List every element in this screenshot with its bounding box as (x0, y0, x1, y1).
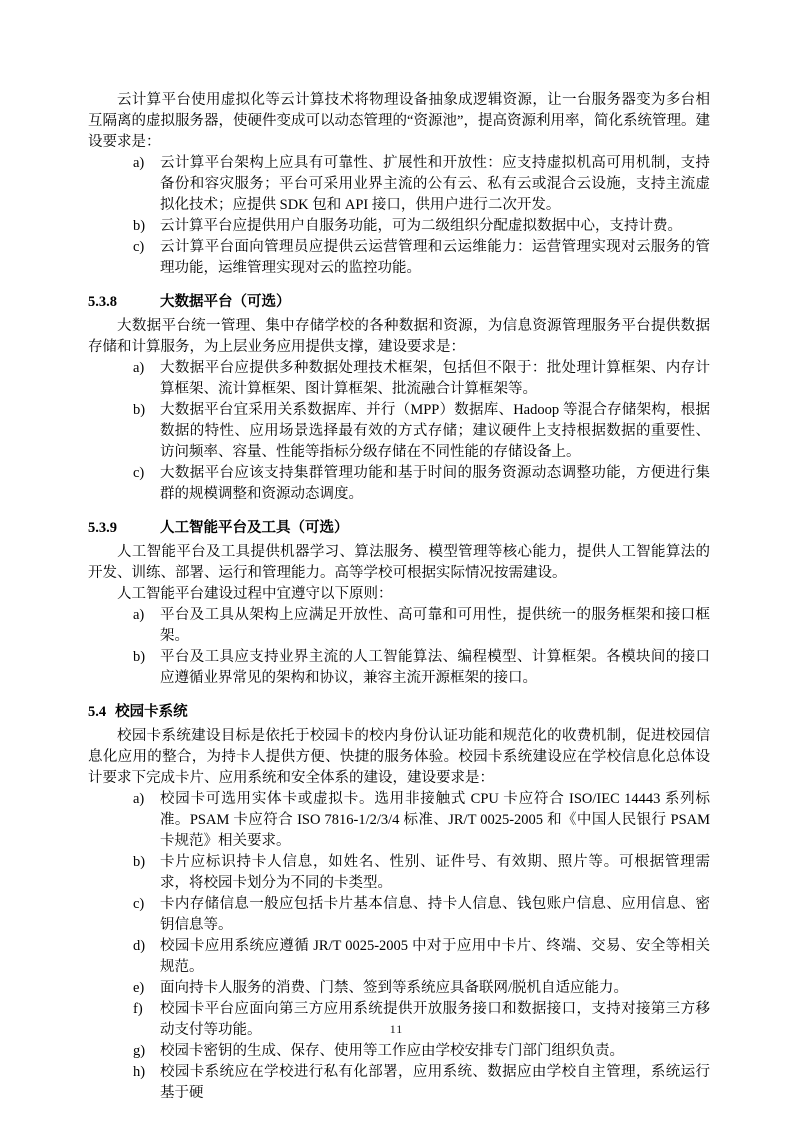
list-item-text: 大数据平台宜采用关系数据库、并行（MPP）数据库、Hadoop 等混合存储架构，… (160, 402, 710, 460)
ai-platform-list: a) 平台及工具从架构上应满足开放性、高可靠和可用性，提供统一的服务框架和接口框… (88, 605, 710, 689)
list-item-text: 校园卡应用系统应遵循 JR/T 0025-2005 中对于应用中卡片、终端、交易… (160, 938, 710, 975)
list-item-label: c) (133, 463, 144, 484)
list-item: h) 校园卡系统应在学校进行私有化部署，应用系统、数据应由学校自主管理，系统运行… (88, 1062, 710, 1104)
campus-card-list: a) 校园卡可选用实体卡或虚拟卡。选用非接触式 CPU 卡应符合 ISO/IEC… (88, 789, 710, 1104)
list-item-text: 校园卡密钥的生成、保存、使用等工作应由学校安排专门部门组织负责。 (160, 1043, 624, 1059)
section-heading-5-4: 5.4校园卡系统 (88, 702, 710, 723)
list-item-label: c) (133, 894, 144, 915)
list-item-label: d) (133, 936, 145, 957)
list-item-label: b) (133, 400, 145, 421)
list-item-text: 校园卡系统应在学校进行私有化部署，应用系统、数据应由学校自主管理，系统运行基于硬 (160, 1064, 710, 1101)
list-item-label: a) (133, 358, 144, 379)
list-item-text: 卡内存储信息一般应包括卡片基本信息、持卡人信息、钱包账户信息、应用信息、密钥信息… (160, 896, 710, 933)
list-item: a) 平台及工具从架构上应满足开放性、高可靠和可用性，提供统一的服务框架和接口框… (88, 605, 710, 647)
list-item-text: 云计算平台面向管理员应提供云运营管理和云运维能力：运营管理实现对云服务的管理功能… (160, 239, 710, 276)
bigdata-paragraph: 大数据平台统一管理、集中存储学校的各种数据和资源，为信息资源管理服务平台提供数据… (88, 316, 710, 358)
list-item-label: b) (133, 216, 145, 237)
cloud-platform-paragraph: 云计算平台使用虚拟化等云计算技术将物理设备抽象成逻辑资源，让一台服务器变为多台相… (88, 90, 710, 153)
list-item-label: f) (133, 999, 143, 1020)
campus-card-paragraph: 校园卡系统建设目标是依托于校园卡的校内身份认证功能和规范化的收费机制，促进校园信… (88, 726, 710, 789)
list-item-text: 大数据平台应提供多种数据处理技术框架，包括但不限于：批处理计算框架、内存计算框架… (160, 360, 710, 397)
section-number: 5.3.9 (88, 518, 160, 539)
list-item: a) 大数据平台应提供多种数据处理技术框架，包括但不限于：批处理计算框架、内存计… (88, 358, 710, 400)
list-item-text: 平台及工具应支持业界主流的人工智能算法、编程模型、计算框架。各模块间的接口应遵循… (160, 649, 710, 686)
ai-platform-paragraph-1: 人工智能平台及工具提供机器学习、算法服务、模型管理等核心能力，提供人工智能算法的… (88, 542, 710, 584)
list-item-label: h) (133, 1062, 145, 1083)
document-page: 云计算平台使用虚拟化等云计算技术将物理设备抽象成逻辑资源，让一台服务器变为多台相… (0, 0, 793, 1122)
list-item: d) 校园卡应用系统应遵循 JR/T 0025-2005 中对于应用中卡片、终端… (88, 936, 710, 978)
list-item-text: 云计算平台应提供用户自服务功能，可为二级组织分配虚拟数据中心，支持计费。 (160, 218, 682, 234)
section-number: 5.4 (88, 704, 106, 720)
list-item: b) 平台及工具应支持业界主流的人工智能算法、编程模型、计算框架。各模块间的接口… (88, 647, 710, 689)
list-item: c) 卡内存储信息一般应包括卡片基本信息、持卡人信息、钱包账户信息、应用信息、密… (88, 894, 710, 936)
list-item-label: e) (133, 978, 144, 999)
list-item-text: 校园卡可选用实体卡或虚拟卡。选用非接触式 CPU 卡应符合 ISO/IEC 14… (160, 791, 710, 849)
list-item-label: a) (133, 789, 144, 810)
list-item: g) 校园卡密钥的生成、保存、使用等工作应由学校安排专门部门组织负责。 (88, 1041, 710, 1062)
list-item-label: a) (133, 153, 144, 174)
section-number: 5.3.8 (88, 292, 160, 313)
section-title: 校园卡系统 (115, 704, 188, 720)
list-item: e) 面向持卡人服务的消费、门禁、签到等系统应具备联网/脱机自适应能力。 (88, 978, 710, 999)
list-item-text: 卡片应标识持卡人信息，如姓名、性别、证件号、有效期、照片等。可根据管理需求，将校… (160, 854, 710, 891)
document-content: 云计算平台使用虚拟化等云计算技术将物理设备抽象成逻辑资源，让一台服务器变为多台相… (88, 90, 710, 1104)
list-item: b) 卡片应标识持卡人信息，如姓名、性别、证件号、有效期、照片等。可根据管理需求… (88, 852, 710, 894)
list-item-text: 平台及工具从架构上应满足开放性、高可靠和可用性，提供统一的服务框架和接口框架。 (160, 607, 710, 644)
section-title: 人工智能平台及工具（可选） (160, 520, 349, 536)
section-heading-5-3-8: 5.3.8大数据平台（可选） (88, 292, 710, 313)
list-item: c) 云计算平台面向管理员应提供云运营管理和云运维能力：运营管理实现对云服务的管… (88, 237, 710, 279)
list-item: a) 校园卡可选用实体卡或虚拟卡。选用非接触式 CPU 卡应符合 ISO/IEC… (88, 789, 710, 852)
bigdata-list: a) 大数据平台应提供多种数据处理技术框架，包括但不限于：批处理计算框架、内存计… (88, 358, 710, 505)
page-number: 11 (0, 1021, 793, 1037)
list-item-label: a) (133, 605, 144, 626)
list-item-label: g) (133, 1041, 145, 1062)
list-item-label: b) (133, 852, 145, 873)
list-item: b) 大数据平台宜采用关系数据库、并行（MPP）数据库、Hadoop 等混合存储… (88, 400, 710, 463)
ai-platform-paragraph-2: 人工智能平台建设过程中宜遵守以下原则： (88, 584, 710, 605)
list-item-text: 云计算平台架构上应具有可靠性、扩展性和开放性：应支持虚拟机高可用机制，支持备份和… (160, 155, 710, 213)
list-item: c) 大数据平台应该支持集群管理功能和基于时间的服务资源动态调整功能，方便进行集… (88, 463, 710, 505)
list-item-text: 面向持卡人服务的消费、门禁、签到等系统应具备联网/脱机自适应能力。 (160, 980, 628, 996)
list-item-label: c) (133, 237, 144, 258)
cloud-platform-list: a) 云计算平台架构上应具有可靠性、扩展性和开放性：应支持虚拟机高可用机制，支持… (88, 153, 710, 279)
section-heading-5-3-9: 5.3.9人工智能平台及工具（可选） (88, 518, 710, 539)
list-item: b) 云计算平台应提供用户自服务功能，可为二级组织分配虚拟数据中心，支持计费。 (88, 216, 710, 237)
section-title: 大数据平台（可选） (160, 294, 291, 310)
list-item: a) 云计算平台架构上应具有可靠性、扩展性和开放性：应支持虚拟机高可用机制，支持… (88, 153, 710, 216)
list-item-text: 大数据平台应该支持集群管理功能和基于时间的服务资源动态调整功能，方便进行集群的规… (160, 465, 710, 502)
list-item-label: b) (133, 647, 145, 668)
